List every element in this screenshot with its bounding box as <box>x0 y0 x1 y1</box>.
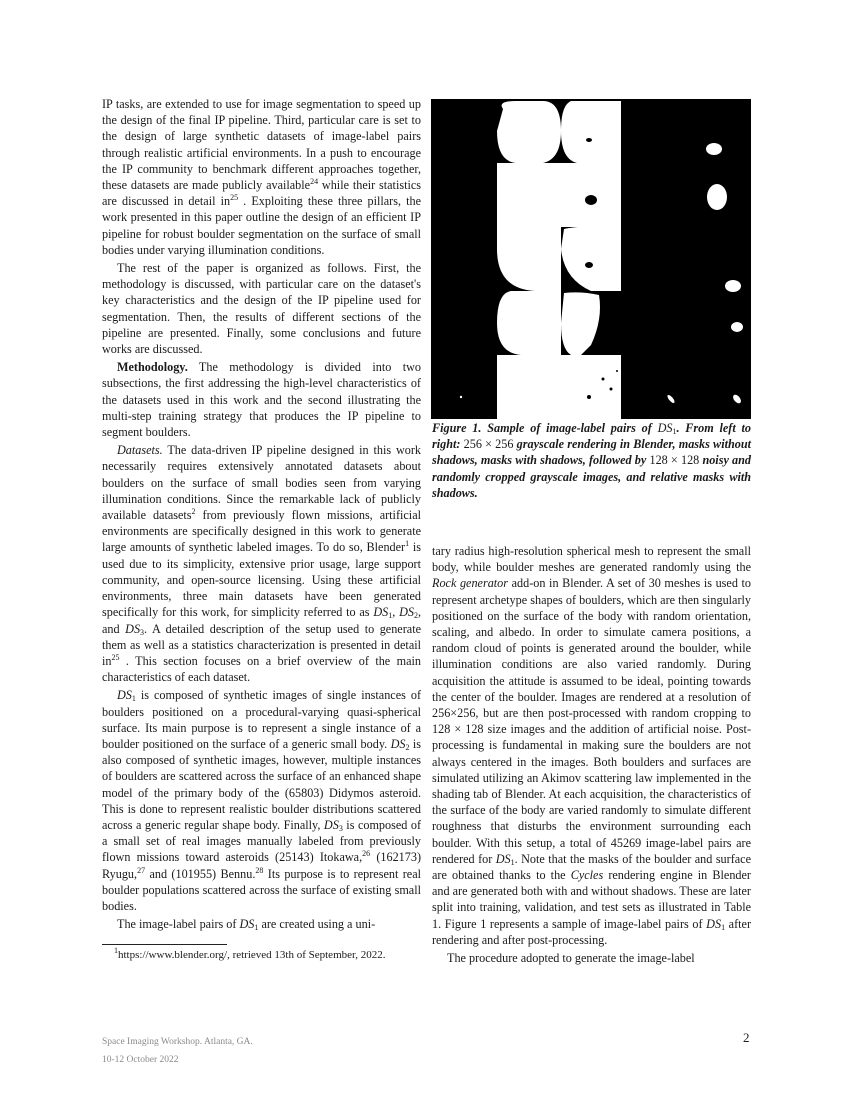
citation[interactable]: 27 <box>137 866 145 875</box>
footer-venue: Space Imaging Workshop. Atlanta, GA. <box>102 1033 253 1051</box>
footnote-divider <box>102 944 227 945</box>
left-column: IP tasks, are extended to use for image … <box>102 96 421 963</box>
citation[interactable]: 25 <box>230 193 238 202</box>
subsection-heading-datasets: Datasets. <box>117 443 163 457</box>
right-column: tary radius high-resolution spherical me… <box>432 543 751 966</box>
footer-date: 10-12 October 2022 <box>102 1051 253 1069</box>
footnote: 1https://www.blender.org/, retrieved 13t… <box>102 948 421 963</box>
figure-1-image <box>431 99 751 419</box>
paragraph-methodology: Methodology. The methodology is divided … <box>102 359 421 440</box>
figure-1-caption: Figure 1. Sample of image-label pairs of… <box>432 420 751 501</box>
citation[interactable]: 26 <box>362 849 370 858</box>
paragraph-image-label-pairs: The image-label pairs of DS1 are created… <box>102 916 421 932</box>
footnote-link[interactable]: https://www.blender.org/, retrieved 13th… <box>118 949 385 961</box>
page-number: 2 <box>743 1030 750 1046</box>
paragraph-ds1-generation: tary radius high-resolution spherical me… <box>432 543 751 948</box>
page-footer: Space Imaging Workshop. Atlanta, GA. 10-… <box>102 1033 253 1069</box>
citation[interactable]: 24 <box>310 177 318 186</box>
image-label-pairs-grid <box>431 99 751 419</box>
paragraph-organization: The rest of the paper is organized as fo… <box>102 260 421 357</box>
paragraph-procedure: The procedure adopted to generate the im… <box>432 950 751 966</box>
paragraph-intro-continued: IP tasks, are extended to use for image … <box>102 96 421 258</box>
section-heading-methodology: Methodology. <box>117 360 188 374</box>
paragraph-datasets: Datasets. The data-driven IP pipeline de… <box>102 442 421 685</box>
figure-label: Figure 1. <box>432 421 481 435</box>
paragraph-dataset-descriptions: DS1 is composed of synthetic images of s… <box>102 687 421 914</box>
